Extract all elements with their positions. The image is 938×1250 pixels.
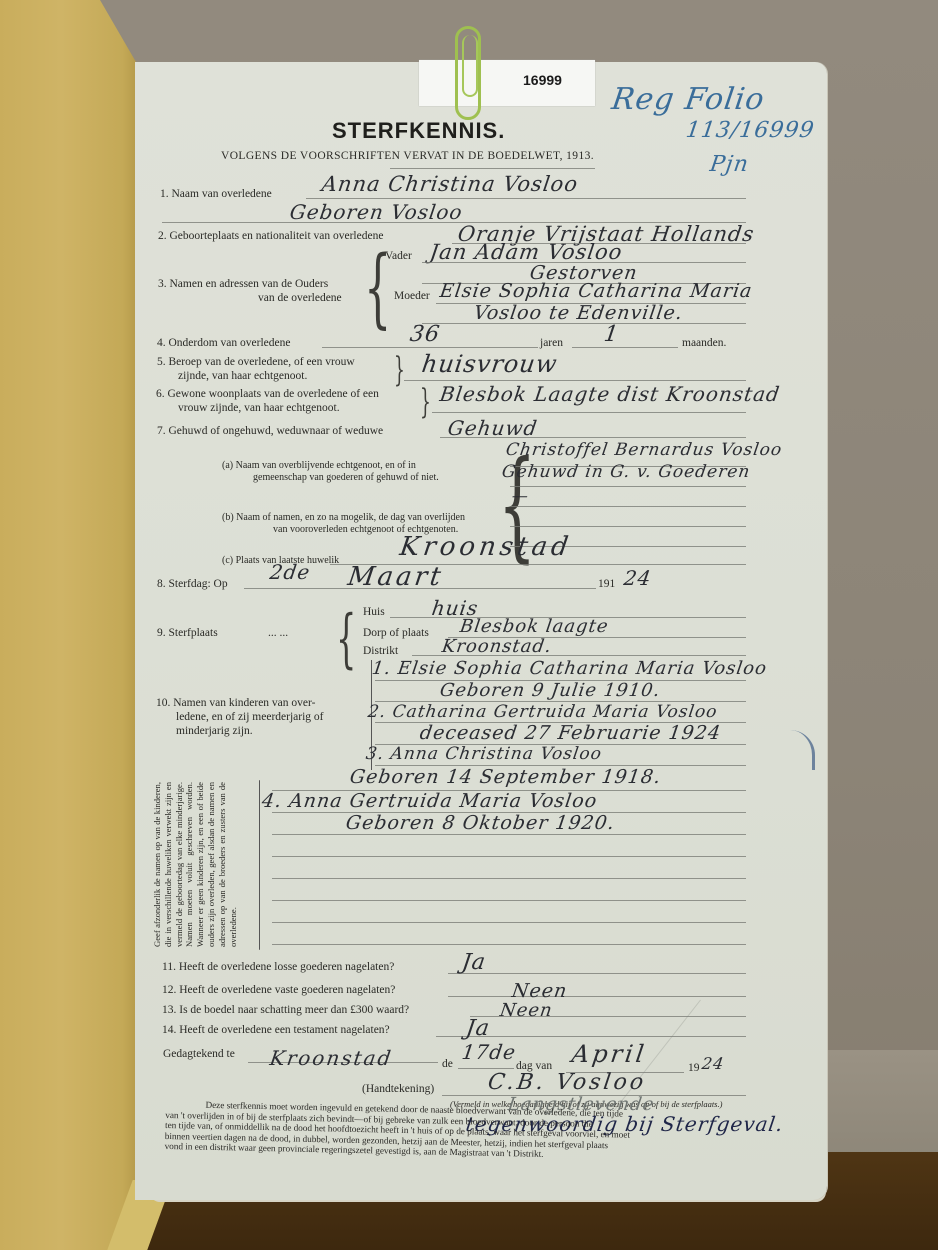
q10-box-line-8: [272, 944, 746, 945]
q7b-label-1: (b) Naam of namen, en zo na mogelik, de …: [222, 512, 465, 523]
q6-line: [432, 412, 746, 413]
q3-vader-value: Jan Adam Vosloo: [428, 240, 624, 264]
q1-value: Anna Christina Vosloo: [320, 172, 579, 196]
q5-label-1: 5. Beroep van de overledene, of een vrou…: [157, 356, 355, 368]
q6-value: Blesbok Laagte dist Kroonstad: [438, 382, 781, 406]
q12-label: 12. Heeft de overledene vaste goederen n…: [162, 984, 395, 996]
q5-line: [404, 380, 746, 381]
signed-place: Kroonstad: [268, 1046, 394, 1070]
q9-distrikt-label: Distrikt: [363, 645, 398, 657]
q9-brace: {: [336, 602, 356, 676]
folio-number: 113/16999: [684, 118, 816, 143]
signature-value: C.B. Vosloo: [486, 1070, 648, 1095]
q8-year-prefix: 191: [598, 578, 615, 590]
q9-huis-label: Huis: [363, 606, 385, 618]
q13-label: 13. Is de boedel naar schatting meer dan…: [162, 1004, 409, 1016]
q4-label: 4. Onderdom van overledene: [157, 337, 290, 349]
q1-label: 1. Naam van overledene: [160, 188, 272, 200]
q5-value: huisvrouw: [420, 350, 559, 378]
q3-label-2: van de overledene: [258, 292, 342, 304]
yellow-folder: [0, 0, 136, 1250]
q10-label-2: ledene, en of zij meerderjarig of: [176, 711, 324, 723]
signed-day-line: [458, 1068, 514, 1069]
reg-folio-annotation: Reg Folio: [610, 82, 767, 117]
archive-label: 16999: [419, 60, 595, 106]
q4-years-label: jaren: [540, 337, 563, 349]
q10-box-line-5: [272, 878, 746, 879]
q4-months-line: [572, 347, 678, 348]
q9-distrikt-line: [412, 655, 746, 656]
signed-month: April: [570, 1040, 648, 1068]
q7b-value: —: [511, 486, 531, 505]
plastic-sleeve: [826, 1050, 938, 1155]
signature-label: (Handtekening): [362, 1083, 434, 1095]
q10-box-line-3: [272, 834, 746, 835]
q12-value: Neen: [510, 980, 568, 1002]
child-line-7: 4. Anna Gertruida Maria Vosloo: [260, 790, 598, 812]
q10-label-1: 10. Namen van kinderen van over-: [156, 697, 315, 709]
document-title: STERFKENNIS.: [332, 118, 505, 144]
q7a-value-2: Gehuwd in G. v. Goederen: [501, 462, 752, 482]
q3-moeder-value-2: Vosloo te Edenville.: [472, 302, 684, 324]
q11-line: [448, 973, 746, 974]
q10-label-3: minderjarig zijn.: [176, 725, 253, 737]
q9-dorp-value: Blesbok laagte: [459, 616, 610, 637]
q8-month: Maart: [346, 562, 446, 592]
q1-line: [306, 198, 746, 199]
q10-box-line-6: [272, 900, 746, 901]
q14-label: 14. Heeft de overledene een testament na…: [162, 1024, 390, 1036]
q10-instructions: Geef afzonderlik de namen op van de kind…: [152, 782, 252, 947]
signed-label: Gedagtekend te: [163, 1048, 235, 1060]
q7-line: [440, 437, 746, 438]
q10-box-line-7: [272, 922, 746, 923]
clerk-initials: Pjn: [708, 152, 750, 177]
q2-label: 2. Geboorteplaats en nationaliteit van o…: [158, 230, 383, 242]
q7a-value: Christoffel Bernardus Vosloo: [505, 440, 784, 460]
child-line-1: 1. Elsie Sophia Catharina Maria Vosloo: [371, 658, 769, 679]
title-rule: [390, 168, 595, 169]
signed-day: 17de: [460, 1040, 517, 1064]
signed-de-label: de: [442, 1058, 453, 1070]
q4-years-line: [322, 347, 538, 348]
q3-label-1: 3. Namen en adressen van de Ouders: [158, 278, 328, 290]
q5-label-2: zijnde, van haar echtgenoot.: [178, 370, 307, 382]
q7a-line-2: [510, 486, 746, 487]
q8-day: 2de: [268, 560, 312, 584]
paperclip-icon: [455, 26, 481, 120]
q9-dots: ... ...: [268, 627, 288, 639]
child-line-8: Geboren 8 Oktober 1920.: [344, 812, 616, 834]
q9-label: 9. Sterfplaats: [157, 627, 218, 639]
q3-moeder-line-2: [422, 323, 746, 324]
q12-line: [448, 996, 746, 997]
signed-year-prefix: 19: [688, 1062, 700, 1074]
q11-value: Ja: [460, 950, 487, 975]
q7a-label-1: (a) Naam van overblijvende echtgenoot, e…: [222, 460, 416, 471]
child-line-5: 3. Anna Christina Vosloo: [365, 744, 604, 764]
q5-brace: }: [394, 350, 405, 390]
child-line-2: Geboren 9 Julie 1910.: [439, 680, 662, 701]
q7b-line: [510, 526, 746, 527]
q10-box-bracket: [259, 780, 260, 950]
q11-label: 11. Heeft de overledene losse goederen n…: [162, 961, 394, 973]
q7a-label-2: gemeenschap van goederen of gehuwd of ni…: [253, 472, 439, 483]
q3-moeder-value: Elsie Sophia Catharina Maria: [438, 280, 754, 302]
q6-label-2: vrouw zijnde, van haar echtgenoot.: [178, 402, 340, 414]
child-line-3: 2. Catharina Gertruida Maria Vosloo: [367, 702, 719, 722]
q9-distrikt-value: Kroonstad.: [441, 636, 554, 657]
archive-number: 16999: [523, 72, 562, 88]
document-subtitle: VOLGENS DE VOORSCHRIFTEN VERVAT IN DE BO…: [221, 150, 594, 162]
q7b-line-0: [510, 506, 746, 507]
q4-years-value: 36: [408, 322, 442, 347]
q7c-value: Kroonstad: [398, 532, 574, 562]
signed-year-suffix: 24: [701, 1054, 726, 1073]
q8-label: 8. Sterfdag: Op: [157, 578, 228, 590]
q6-brace: }: [420, 382, 431, 422]
q6-label-1: 6. Gewone woonplaats van de overledene o…: [156, 388, 379, 400]
q3-vader-label: Vader: [385, 250, 412, 262]
q4-months-label: maanden.: [682, 337, 726, 349]
q13-value: Neen: [499, 1000, 555, 1021]
q8-year-suffix: 24: [622, 566, 653, 590]
child-line-6: Geboren 14 September 1918.: [348, 766, 662, 788]
q3-moeder-label: Moeder: [394, 290, 430, 302]
q1-value-2: Geboren Vosloo: [288, 200, 464, 224]
q7-label: 7. Gehuwd of ongehuwd, weduwnaar of wedu…: [157, 425, 383, 437]
q9-dorp-label: Dorp of plaats: [363, 627, 429, 639]
q10-box-line-4: [272, 856, 746, 857]
q14-value: Ja: [464, 1016, 491, 1041]
child-line-4: deceased 27 Februarie 1924: [418, 722, 722, 744]
